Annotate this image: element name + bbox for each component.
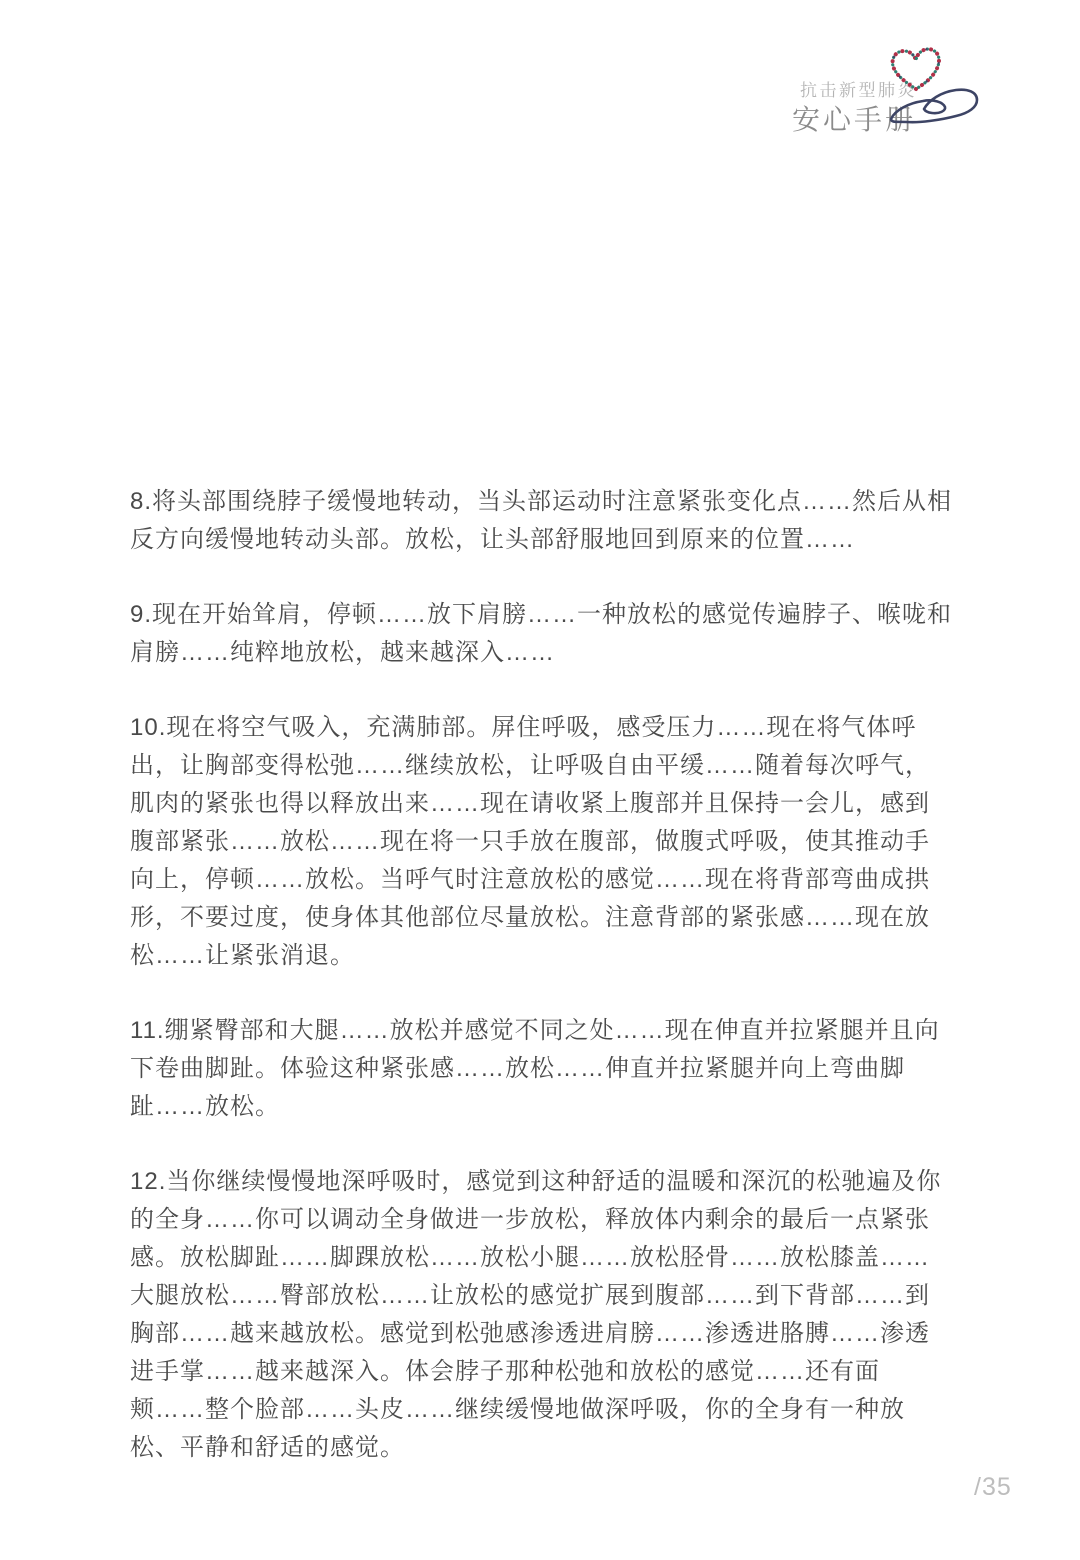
- page-number: /35: [974, 1473, 1012, 1502]
- paragraph-8: 8.将头部围绕脖子缓慢地转动，当头部运动时注意紧张变化点……然后从相反方向缓慢地…: [130, 483, 954, 559]
- handbook-page: 抗击新型肺炎 安心手册 8.将头部围绕脖子缓慢地转动，当头部运动时注意紧张变化点…: [0, 0, 1080, 1560]
- paragraph-10: 10.现在将空气吸入，充满肺部。屏住呼吸，感受压力……现在将气体呼出，让胸部变得…: [130, 709, 954, 975]
- paragraph-9: 9.现在开始耸肩，停顿……放下肩膀……一种放松的感觉传遍脖子、喉咙和肩膀……纯粹…: [130, 596, 954, 672]
- paragraph-11: 11.绷紧臀部和大腿……放松并感觉不同之处……现在伸直并拉紧腿并且向下卷曲脚趾。…: [130, 1012, 954, 1126]
- paragraph-12: 12.当你继续慢慢地深呼吸时，感觉到这种舒适的温暖和深沉的松驰遍及你的全身……你…: [130, 1163, 954, 1467]
- hand-icon: [891, 90, 977, 123]
- document-body: 8.将头部围绕脖子缓慢地转动，当头部运动时注意紧张变化点……然后从相反方向缓慢地…: [130, 483, 954, 1504]
- heart-icon: [893, 49, 939, 89]
- brand-logo: [883, 40, 983, 132]
